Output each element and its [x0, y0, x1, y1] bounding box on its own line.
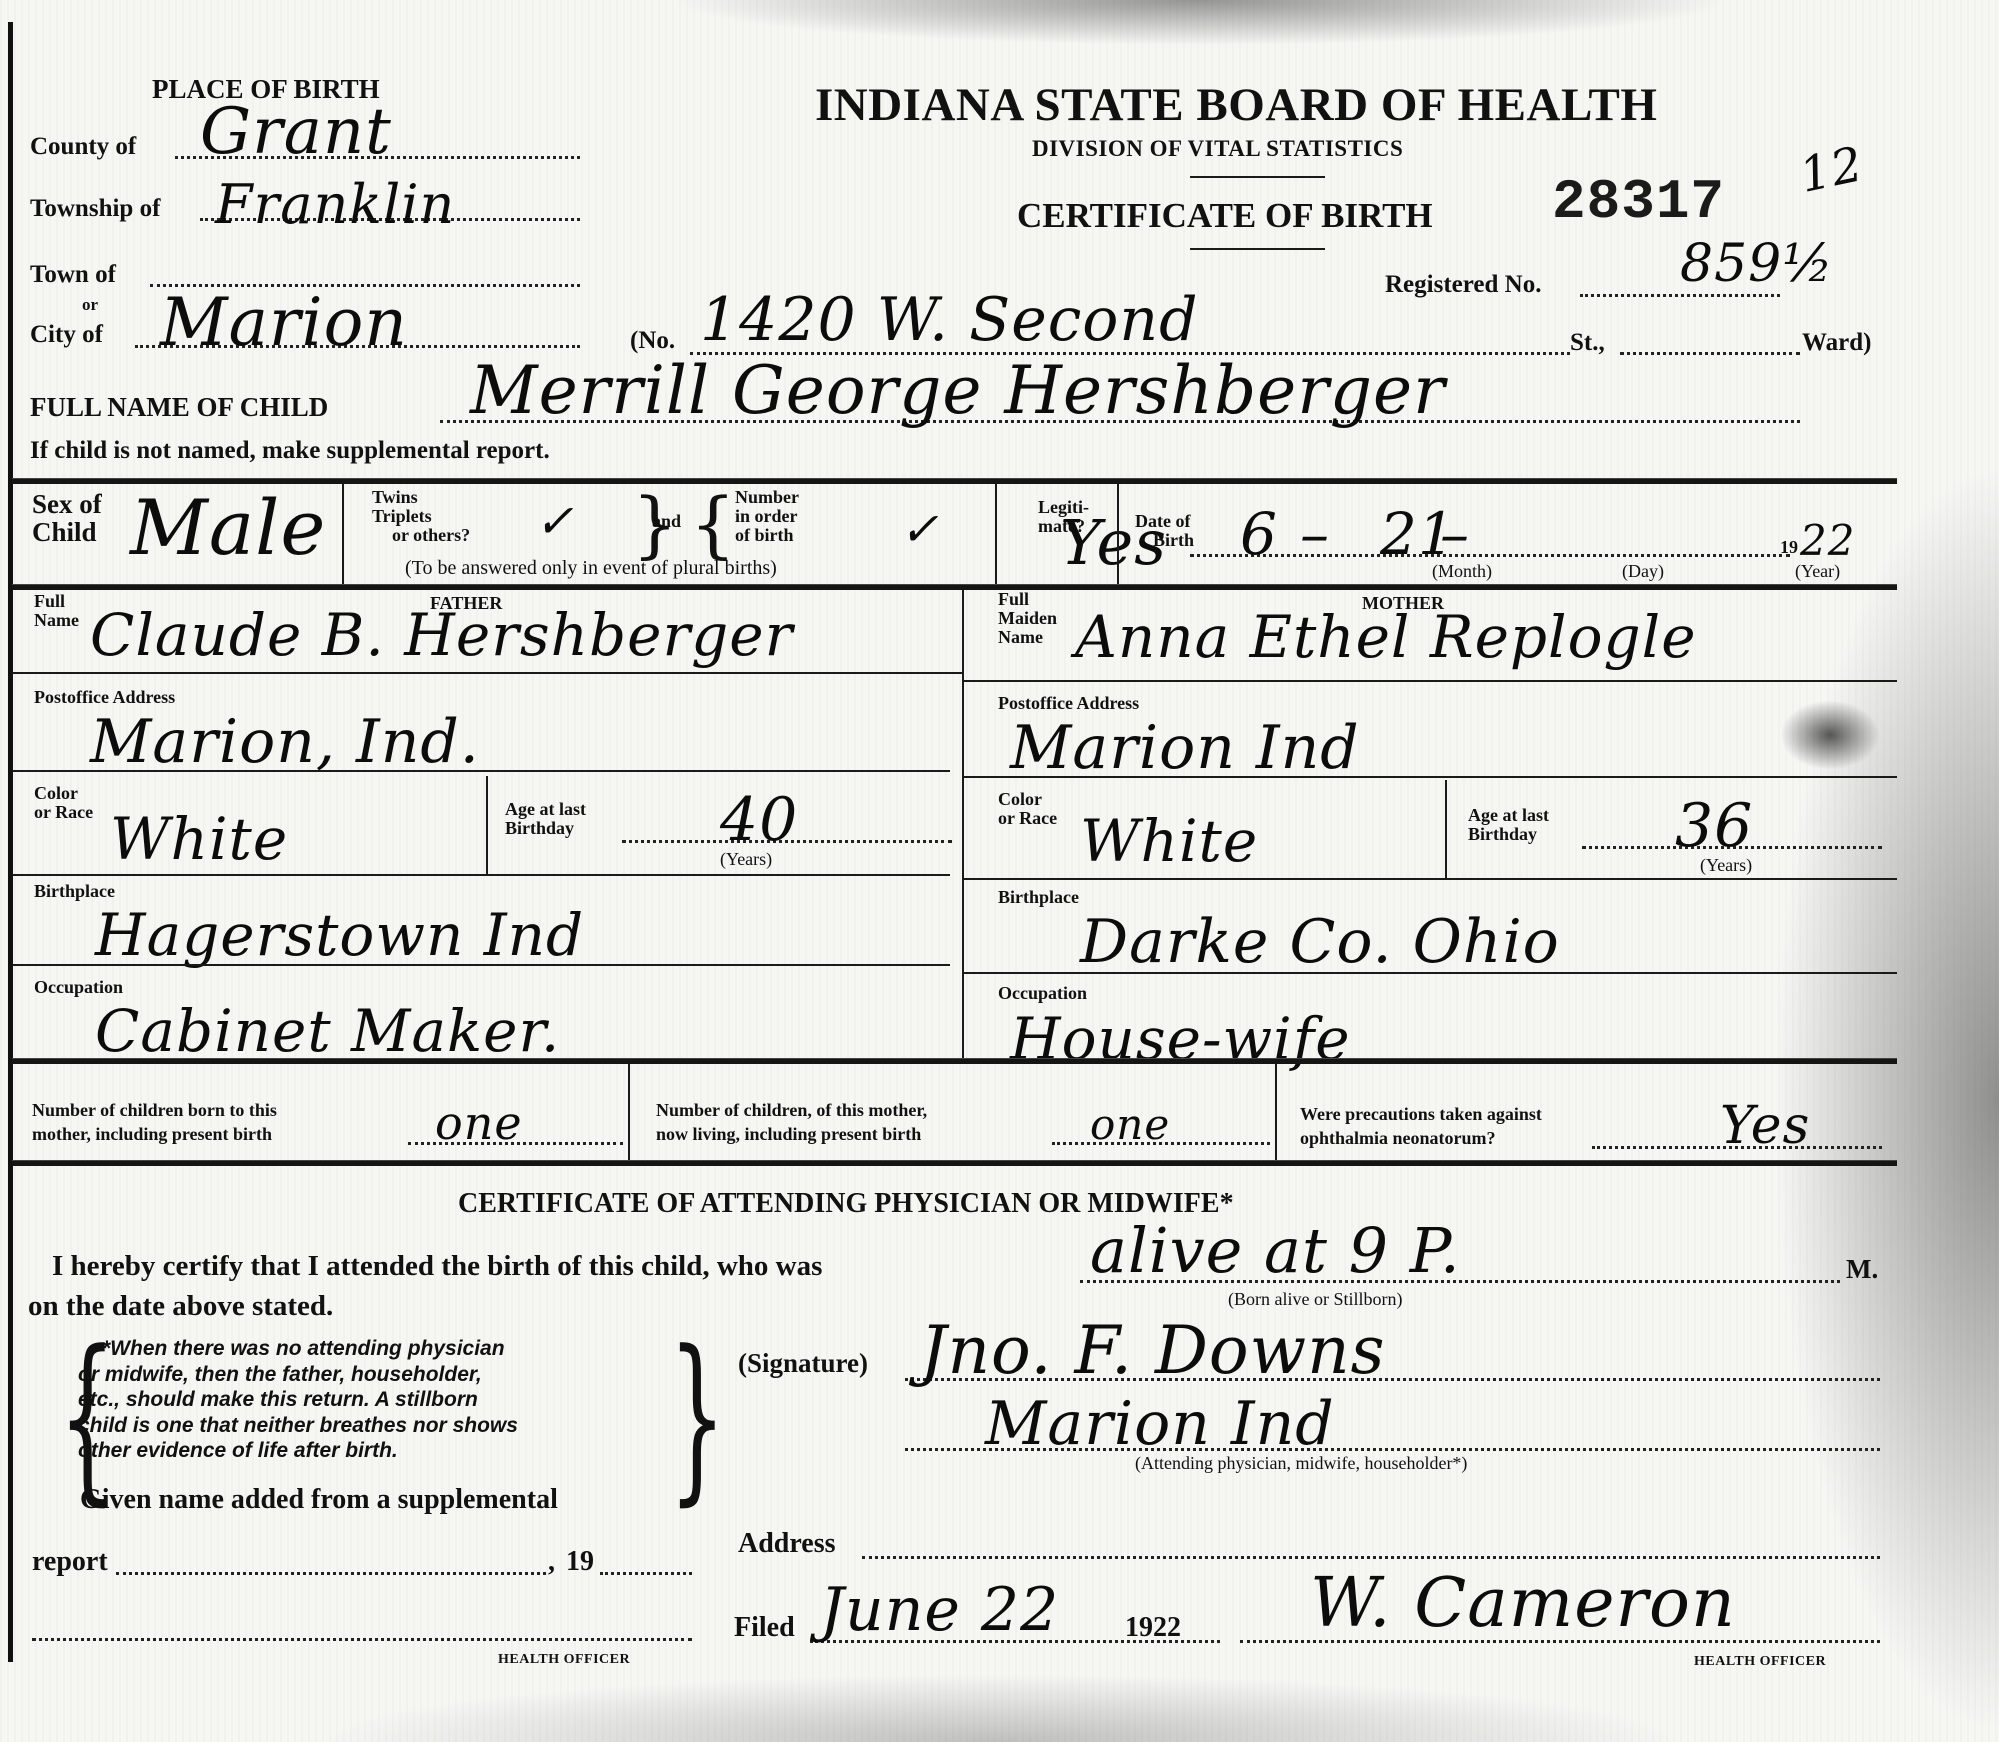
born-value: alive at 9 P. [1090, 1220, 1461, 1282]
dob-label: Date of Birth [1135, 512, 1194, 550]
father-race-label: Color or Race [34, 784, 93, 822]
not-named-note: If child is not named, make supplemental… [30, 438, 550, 463]
mother-birthplace-label: Birthplace [998, 888, 1079, 907]
order-label-line3: of birth [735, 526, 799, 545]
father-occupation-value: Cabinet Maker. [95, 1002, 560, 1060]
footnote-brace-right: } [669, 1328, 726, 1508]
children-living-value: one [1090, 1104, 1170, 1146]
filed-date: June 22 [820, 1580, 1059, 1640]
order-label-line1: Number [735, 488, 799, 507]
margin-note: 12 [1796, 140, 1868, 200]
and-label: and [652, 512, 681, 531]
plural-label-line3: or others? [372, 526, 470, 545]
mother-address-rule [962, 776, 1897, 778]
signature-place: Marion Ind [985, 1394, 1335, 1454]
mother-occupation-label: Occupation [998, 984, 1087, 1003]
dob-label-line2: Birth [1135, 531, 1194, 550]
children-born-label-line1: Number of children born to this [32, 1098, 277, 1122]
divider-legit-left [995, 484, 997, 584]
mother-address-label: Postoffice Address [998, 694, 1139, 713]
footnote-line2: or midwife, then the father, householder… [78, 1362, 518, 1388]
children-living-label-line1: Number of children, of this mother, [656, 1098, 927, 1122]
dob-month: 6 [1240, 505, 1278, 563]
mother-race-label-line2: or Race [998, 809, 1057, 828]
mother-name-rule [962, 680, 1897, 682]
signature-value: Jno. F. Downs [920, 1318, 1386, 1384]
mother-race-label-line1: Color [998, 790, 1057, 809]
section-rule-2 [12, 584, 1897, 590]
mother-race-value: White [1080, 812, 1258, 870]
certificate-number: 28317 [1552, 170, 1725, 234]
order-label-line2: in order [735, 507, 799, 526]
precautions-label-line1: Were precautions taken against [1300, 1102, 1542, 1126]
health-officer-left-label: HEALTH OFFICER [498, 1652, 630, 1668]
county-label: County of [30, 134, 136, 159]
mother-name-label-line2: Maiden [998, 609, 1057, 628]
sex-label-line2: Child [32, 518, 102, 546]
township-value: Franklin [215, 178, 455, 232]
health-officer-left-line [32, 1638, 692, 1641]
precautions-label: Were precautions taken against ophthalmi… [1300, 1102, 1542, 1151]
precautions-label-line2: ophthalmia neonatorum? [1300, 1126, 1542, 1150]
day-caption: (Day) [1622, 562, 1664, 581]
mother-name-label-line3: Name [998, 628, 1057, 647]
town-label: Town of [30, 262, 116, 287]
divider-legit-right [1117, 484, 1119, 584]
father-age-label: Age at last Birthday [505, 800, 586, 838]
father-age-value: 40 [720, 790, 798, 850]
city-value: Marion [160, 290, 408, 356]
mother-birthplace-value: Darke Co. Ohio [1080, 912, 1560, 972]
father-name-label-line2: Name [34, 611, 79, 630]
plural-label-line2: Triplets [372, 507, 470, 526]
street-no-label: (No. [630, 328, 675, 353]
child-name-value: Merrill George Hershberger [470, 358, 1446, 424]
dob-line [1190, 554, 1790, 557]
mother-years-caption: (Years) [1700, 856, 1752, 875]
health-officer-signature: W. Cameron [1310, 1570, 1736, 1638]
father-occupation-label: Occupation [34, 978, 123, 997]
footnote-line3: etc., should make this return. A stillbo… [78, 1387, 518, 1413]
address-label: Address [738, 1530, 836, 1558]
sex-label: Sex of Child [32, 490, 102, 547]
ward-label: Ward) [1802, 330, 1871, 355]
registered-no-line [1580, 294, 1780, 297]
dob-label-line1: Date of [1135, 512, 1194, 531]
dob-year-prefix: 19 [1780, 538, 1798, 557]
father-address-rule [12, 770, 950, 772]
m-label: M. [1846, 1256, 1878, 1283]
section-rule-4 [12, 1160, 1897, 1166]
father-birthplace-rule [12, 964, 950, 966]
section-rule-3 [12, 1058, 1897, 1064]
stats-divider-2 [1275, 1064, 1277, 1160]
father-birthplace-value: Hagerstown Ind [95, 906, 584, 964]
report-label: report [32, 1548, 108, 1576]
order-value: ✓ [900, 506, 940, 552]
street-value: 1420 W. Second [700, 290, 1198, 350]
father-race-value: White [110, 810, 288, 868]
full-name-of-child-label: FULL NAME OF CHILD [30, 394, 328, 421]
plural-label: Twins Triplets or others? [372, 488, 470, 545]
father-age-label-line1: Age at last [505, 800, 586, 819]
father-race-rule [12, 874, 950, 876]
year-caption: (Year) [1795, 562, 1840, 581]
children-born-value: one [435, 1100, 523, 1146]
plural-value: ✓ [535, 498, 575, 544]
footnote-line4: child is one that neither breathes nor s… [78, 1413, 518, 1439]
father-age-label-line2: Birthday [505, 819, 586, 838]
brace-left-1: { [690, 488, 736, 560]
ward-line [1620, 352, 1800, 355]
footnote-line1: *When there was no attending physician [78, 1336, 518, 1362]
mother-race-divider [1445, 780, 1447, 880]
children-born-label-line2: mother, including present birth [32, 1122, 277, 1146]
precautions-value: Yes [1720, 1100, 1810, 1152]
address-line [862, 1556, 1880, 1559]
report-comma: , [548, 1548, 555, 1576]
signature-label: (Signature) [738, 1350, 868, 1377]
mother-race-rule [962, 878, 1897, 880]
stats-divider-1 [628, 1064, 630, 1160]
father-name-label-line1: Full [34, 592, 79, 611]
signature-caption: (Attending physician, midwife, household… [1135, 1454, 1467, 1473]
father-years-caption: (Years) [720, 850, 772, 869]
footnote: *When there was no attending physician o… [78, 1336, 518, 1464]
children-living-label: Number of children, of this mother, now … [656, 1098, 927, 1147]
supplemental-label: Given name added from a supplemental [80, 1486, 558, 1514]
filed-year: 1922 [1125, 1614, 1181, 1642]
report-line [116, 1572, 546, 1575]
father-race-divider [486, 776, 488, 874]
title-divider-bottom [1190, 248, 1325, 250]
mother-age-label-line1: Age at last [1468, 806, 1549, 825]
agency-title: INDIANA STATE BOARD OF HEALTH [815, 78, 1657, 132]
title-divider-top [1190, 176, 1325, 178]
dob-separator-1: – [1300, 505, 1330, 563]
left-border [8, 22, 13, 1662]
father-address-label: Postoffice Address [34, 688, 175, 707]
filed-label: Filed [734, 1614, 795, 1642]
divider-sex [342, 484, 344, 584]
mother-name-label: Full Maiden Name [998, 590, 1057, 647]
mother-race-label: Color or Race [998, 790, 1057, 828]
health-officer-right-label: HEALTH OFFICER [1694, 1654, 1826, 1670]
father-race-label-line2: or Race [34, 803, 93, 822]
plural-note: (To be answered only in event of plural … [405, 558, 777, 579]
father-name-label: Full Name [34, 592, 79, 630]
mother-age-label: Age at last Birthday [1468, 806, 1549, 844]
mother-birthplace-rule [962, 972, 1897, 974]
dob-year: 22 [1800, 520, 1855, 562]
certificate-title: CERTIFICATE OF BIRTH [1017, 196, 1433, 236]
registered-no-label: Registered No. [1385, 272, 1541, 297]
mother-age-label-line2: Birthday [1468, 825, 1549, 844]
children-living-label-line2: now living, including present birth [656, 1122, 927, 1146]
born-caption: (Born alive or Stillborn) [1228, 1290, 1402, 1309]
sex-value: Male [130, 490, 326, 566]
sex-label-line1: Sex of [32, 490, 102, 518]
report-year-prefix: 19 [566, 1548, 594, 1576]
county-value: Grant [200, 100, 392, 164]
plural-label-line1: Twins [372, 488, 470, 507]
registered-no-value: 859½ [1680, 238, 1834, 290]
city-label: City of [30, 322, 103, 347]
street-suffix-label: St., [1570, 330, 1605, 355]
children-born-label: Number of children born to this mother, … [32, 1098, 277, 1147]
township-label: Township of [30, 196, 160, 221]
report-year-line [600, 1572, 692, 1575]
parent-divider [962, 590, 964, 1060]
father-race-label-line1: Color [34, 784, 93, 803]
ink-smudge [1780, 700, 1880, 770]
father-birthplace-label: Birthplace [34, 882, 115, 901]
mother-address-value: Marion Ind [1010, 718, 1360, 778]
father-address-value: Marion, Ind. [90, 712, 480, 772]
mother-name-label-line1: Full [998, 590, 1057, 609]
mother-age-value: 36 [1675, 796, 1753, 856]
order-label: Number in order of birth [735, 488, 799, 545]
father-name-value: Claude B. Hershberger [90, 606, 793, 664]
mother-name-value: Anna Ethel Replogle [1075, 608, 1697, 666]
father-name-rule [12, 672, 962, 674]
division-title: DIVISION OF VITAL STATISTICS [1032, 136, 1403, 162]
or-label: or [82, 296, 98, 313]
month-caption: (Month) [1432, 562, 1492, 581]
certify-text-line1: I hereby certify that I attended the bir… [52, 1252, 822, 1281]
footnote-line5: other evidence of life after birth. [78, 1438, 518, 1464]
dob-separator-2: – [1440, 505, 1470, 563]
